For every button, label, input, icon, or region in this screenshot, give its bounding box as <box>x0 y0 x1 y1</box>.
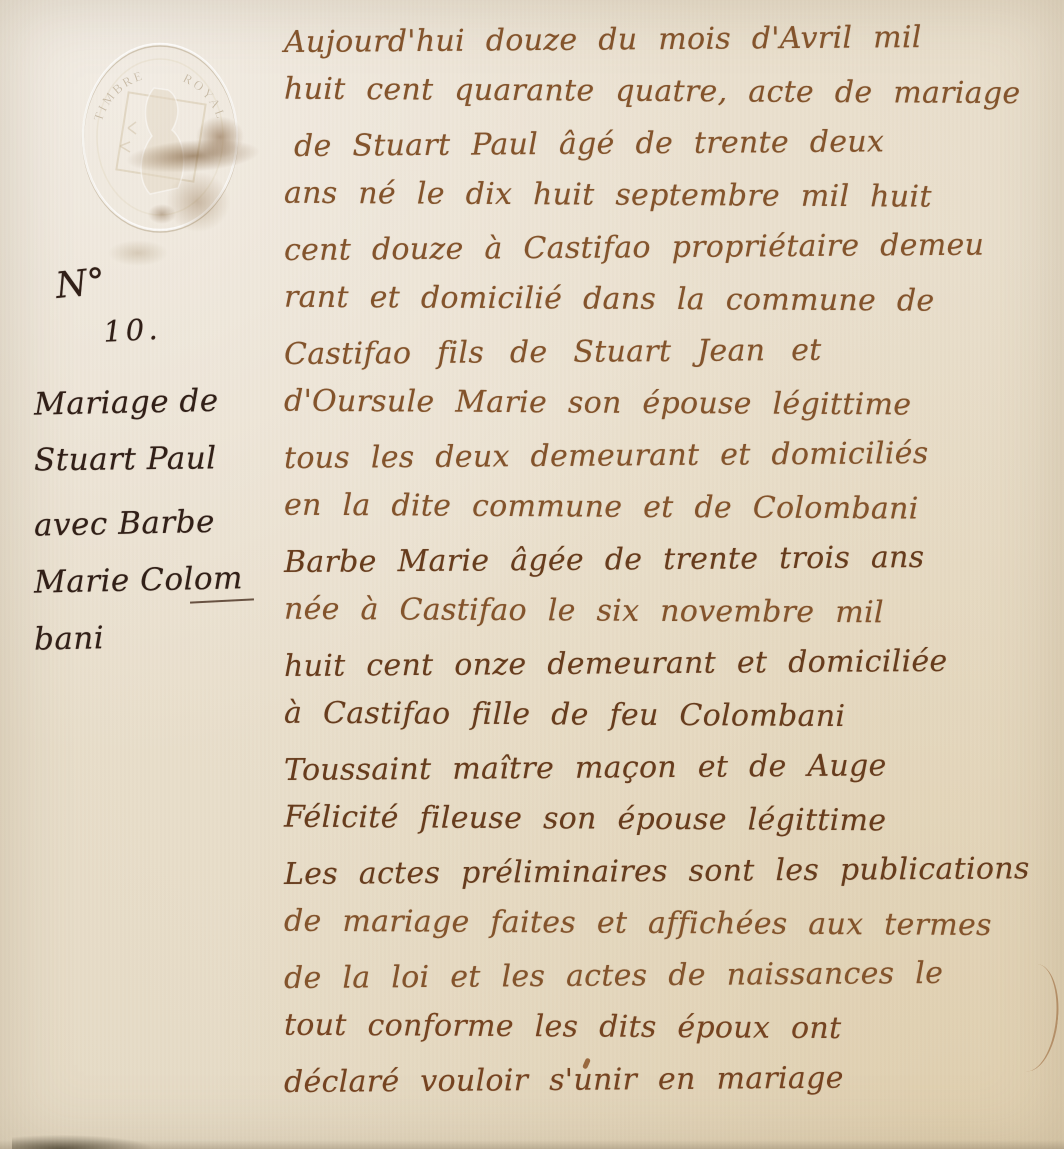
manuscript-line: Aujourd'hui douze du mois d'Avril mil <box>284 11 1060 69</box>
seal-word-right: ROYAL <box>181 70 230 122</box>
bottom-left-smudge <box>12 1135 152 1149</box>
manuscript-line: d'Oursule Marie son épouse légittime <box>284 376 1060 433</box>
margin-line: bani <box>33 606 286 668</box>
manuscript-line: Barbe Marie âgée de trente trois ans <box>284 531 1060 589</box>
seal-figure <box>141 88 184 194</box>
margin-line: Mariage de <box>33 371 286 433</box>
margin-line: avec Barbe <box>33 485 286 554</box>
manuscript-page: TIMBRE ROYAL N° 10. Mariage de Stuart Pa… <box>0 0 1064 1149</box>
manuscript-line: de Stuart Paul âgé de trente deux <box>284 115 1060 173</box>
act-number: 10. <box>102 305 287 378</box>
manuscript-line: en la dite commune et de Colombani <box>284 480 1060 537</box>
page-bottom-edge <box>0 1140 1064 1149</box>
manuscript-line: née à Castifao le six novembre mil <box>284 584 1060 641</box>
manuscript-line: Castifao fils de Stuart Jean et <box>284 323 1060 381</box>
manuscript-line: Toussaint maître maçon et de Auge <box>284 739 1060 797</box>
seal-word-left: TIMBRE <box>90 67 146 123</box>
manuscript-line: tous les deux demeurant et domiciliés <box>284 427 1060 485</box>
manuscript-line: déclaré vouloir s'unir en mariage <box>284 1051 1060 1109</box>
manuscript-line: de mariage faites et affichées aux terme… <box>284 896 1060 953</box>
manuscript-line: huit cent onze demeurant et domiciliée <box>284 635 1060 693</box>
manuscript-line: huit cent quarante quatre, acte de maria… <box>284 64 1060 121</box>
embossed-royal-stamp: TIMBRE ROYAL <box>72 36 248 238</box>
act-body: Aujourd'hui douze du mois d'Avril mil hu… <box>284 14 1060 1106</box>
margin-line: Stuart Paul <box>34 430 287 490</box>
manuscript-line: Félicité fileuse son épouse légittime <box>284 792 1060 849</box>
manuscript-line: de la loi et les actes de naissances le <box>284 947 1060 1005</box>
manuscript-line: ans né le dix huit septembre mil huit <box>284 168 1060 225</box>
margin-annotation: N° 10. Mariage de Stuart Paul avec Barbe… <box>34 254 286 666</box>
manuscript-line: tout conforme les dits époux ont <box>284 1000 1060 1057</box>
manuscript-line: rant et domicilié dans la commune de <box>284 272 1060 329</box>
manuscript-line: à Castifao fille de feu Colombani <box>284 688 1060 745</box>
margin-line: Marie Colom <box>33 549 286 611</box>
manuscript-line: cent douze à Castifao propriétaire demeu <box>284 219 1060 277</box>
manuscript-line: Les actes préliminaires sont les publica… <box>284 843 1060 901</box>
